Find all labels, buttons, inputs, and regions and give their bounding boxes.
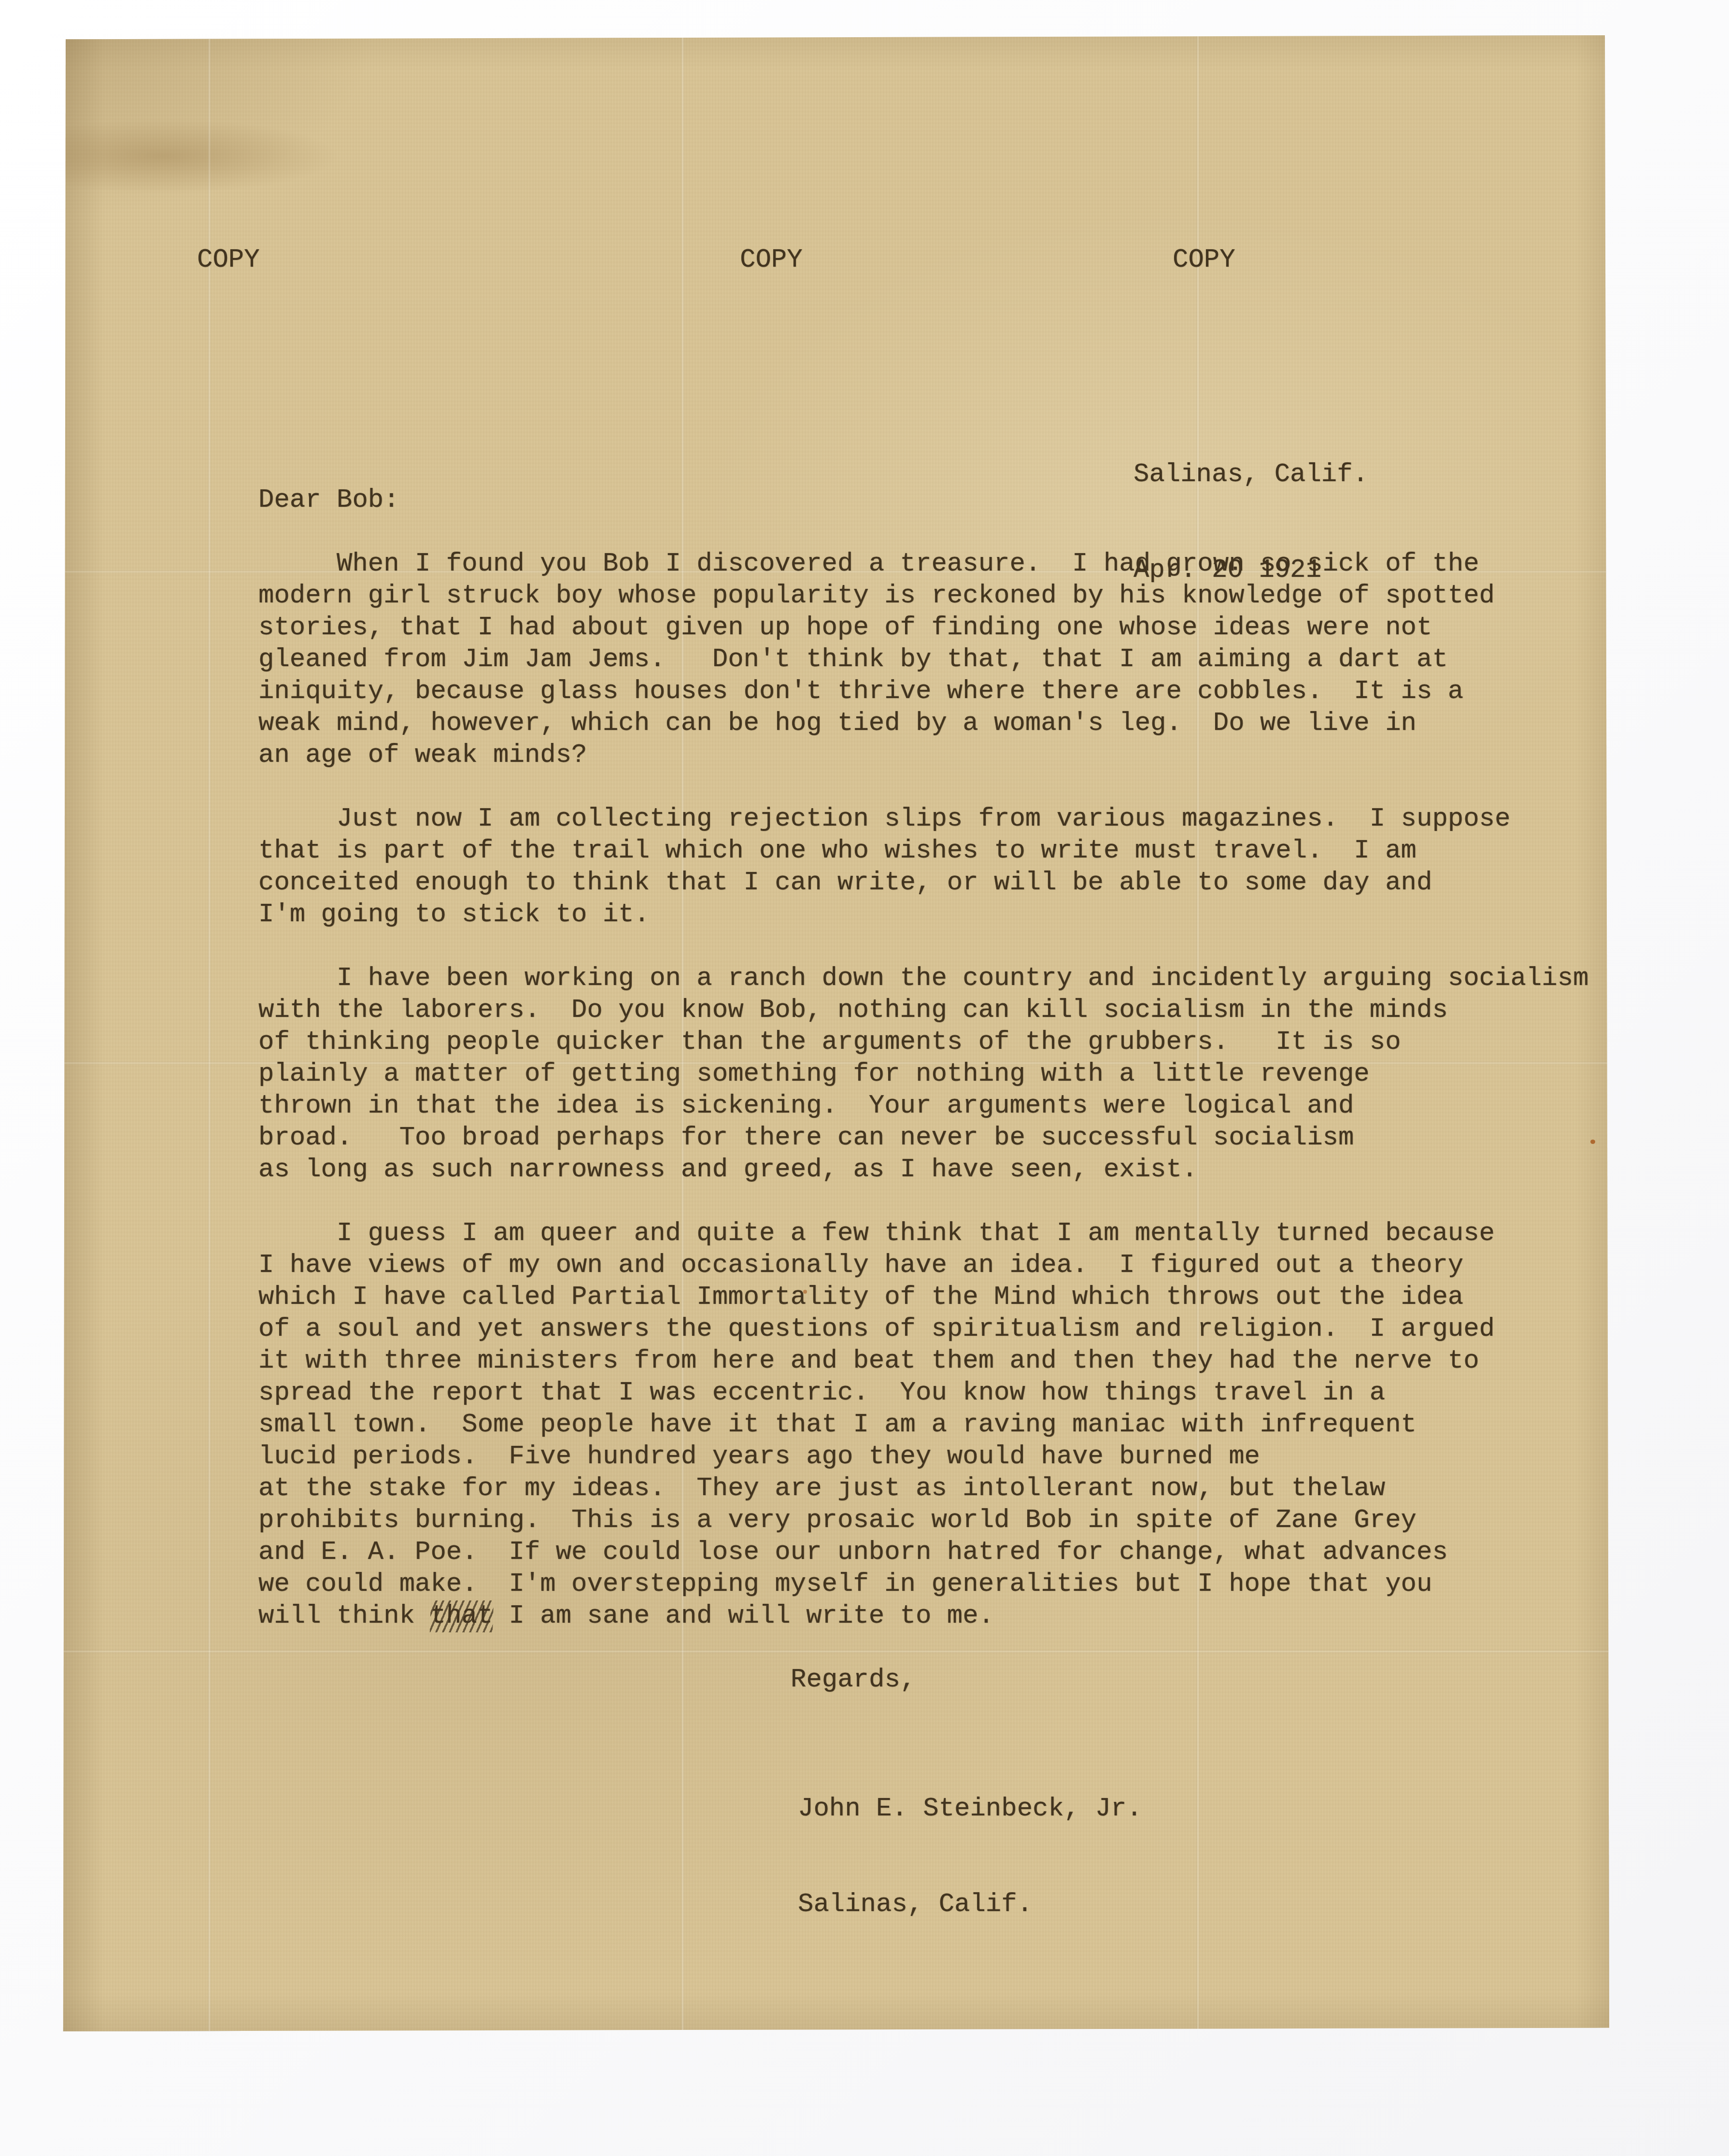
letter-line: that is part of the trail which one who … bbox=[258, 835, 1588, 867]
signature-name: John E. Steinbeck, Jr. bbox=[798, 1793, 1142, 1825]
letter-line: weak mind, however, which can be hog tie… bbox=[258, 708, 1588, 740]
copy-stamp-center: COPY bbox=[740, 244, 803, 276]
fold-crease-vertical-left bbox=[208, 35, 211, 2031]
letter-line: conceited enough to think that I can wri… bbox=[258, 867, 1588, 899]
letter-line: we could make. I'm overstepping myself i… bbox=[258, 1569, 1588, 1600]
letter-line: of a soul and yet answers the questions … bbox=[258, 1314, 1588, 1345]
letter-line: I guess I am queer and quite a few think… bbox=[258, 1218, 1588, 1250]
letter-line: small town. Some people have it that I a… bbox=[258, 1409, 1588, 1441]
letter-line: which I have called Partial Immortality … bbox=[258, 1282, 1588, 1314]
ink-speck bbox=[1590, 1140, 1595, 1144]
letter-line: lucid periods. Five hundred years ago th… bbox=[258, 1441, 1588, 1473]
letter-line: and E. A. Poe. If we could lose our unbo… bbox=[258, 1537, 1588, 1569]
letter-paragraph: I guess I am queer and quite a few think… bbox=[258, 1218, 1588, 1632]
letter-line: Just now I am collecting rejection slips… bbox=[258, 803, 1588, 835]
letter-line: broad. Too broad perhaps for there can n… bbox=[258, 1122, 1588, 1154]
letter-paragraph: When I found you Bob I discovered a trea… bbox=[258, 548, 1588, 771]
copy-stamp-left: COPY bbox=[197, 244, 260, 276]
letter-line: plainly a matter of getting something fo… bbox=[258, 1058, 1588, 1090]
letter-line: iniquity, because glass houses don't thr… bbox=[258, 676, 1588, 708]
letter-body: When I found you Bob I discovered a trea… bbox=[258, 548, 1588, 1632]
signature-place: Salinas, Calif. bbox=[798, 1889, 1142, 1921]
letter-line: modern girl struck boy whose popularity … bbox=[258, 580, 1588, 612]
letter-line: at the stake for my ideas. They are just… bbox=[258, 1473, 1588, 1505]
fold-crease-horizontal-bottom bbox=[61, 1650, 1609, 1653]
letter-line: I have been working on a ranch down the … bbox=[258, 963, 1588, 995]
valediction: Regards, bbox=[791, 1664, 916, 1696]
letter-line: as long as such narrowness and greed, as… bbox=[258, 1154, 1588, 1186]
letter-line: an age of weak minds? bbox=[258, 740, 1588, 771]
letter-line: I'm going to stick to it. bbox=[258, 899, 1588, 931]
letter-line: stories, that I had about given up hope … bbox=[258, 612, 1588, 644]
strikeout-word: that bbox=[430, 1600, 494, 1632]
letter-paragraph: Just now I am collecting rejection slips… bbox=[258, 803, 1588, 931]
letter-line: of thinking people quicker than the argu… bbox=[258, 1027, 1588, 1058]
letter-paper: COPY COPY COPY Salinas, Calif. Apr. 20 1… bbox=[61, 35, 1609, 2031]
letter-line: spread the report that I was eccentric. … bbox=[258, 1377, 1588, 1409]
ink-speck bbox=[803, 1290, 807, 1294]
letter-line: I have views of my own and occasionally … bbox=[258, 1250, 1588, 1282]
salutation: Dear Bob: bbox=[258, 485, 399, 516]
copy-stamp-right: COPY bbox=[1173, 244, 1235, 276]
letter-line: When I found you Bob I discovered a trea… bbox=[258, 548, 1588, 580]
letter-paragraph: I have been working on a ranch down the … bbox=[258, 963, 1588, 1186]
dateline-place: Salinas, Calif. bbox=[1134, 459, 1368, 491]
letter-line: thrown in that the idea is sickening. Yo… bbox=[258, 1090, 1588, 1122]
letter-line: with the laborers. Do you know Bob, noth… bbox=[258, 995, 1588, 1027]
letter-line: it with three ministers from here and be… bbox=[258, 1345, 1588, 1377]
signature-block: John E. Steinbeck, Jr. Salinas, Calif. bbox=[798, 1729, 1142, 1985]
letter-line: gleaned from Jim Jam Jems. Don't think b… bbox=[258, 644, 1588, 676]
letter-line: prohibits burning. This is a very prosai… bbox=[258, 1505, 1588, 1537]
